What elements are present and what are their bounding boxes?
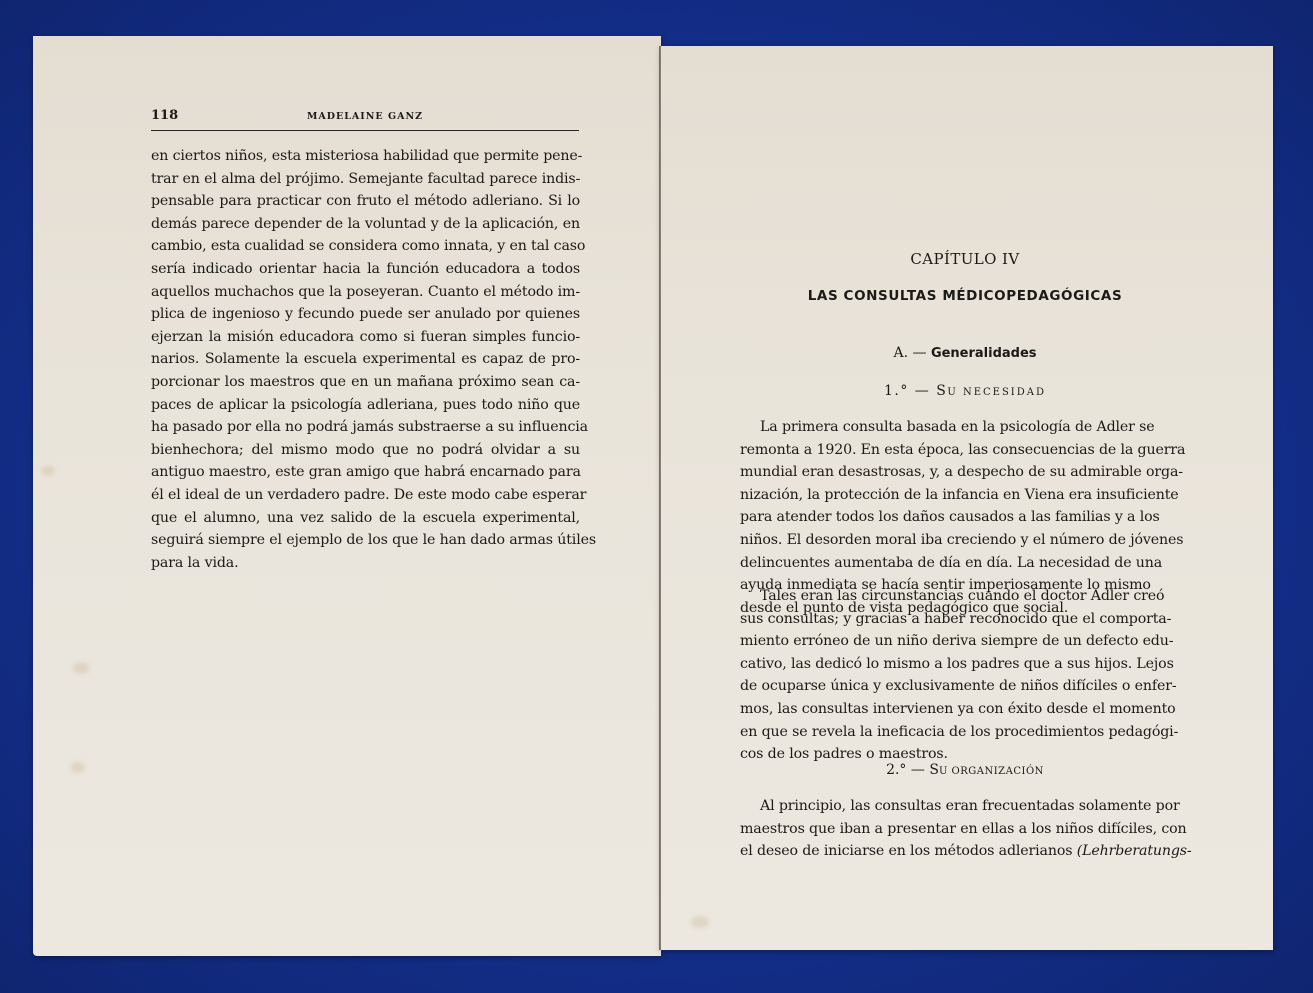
chapter-subtitle: LAS CONSULTAS MÉDICOPEDAGÓGICAS: [730, 288, 1200, 304]
section-a-prefix: A. —: [893, 345, 930, 361]
text-line: cambio, esta cualidad se considera como …: [151, 235, 580, 258]
text-line: La primera consulta basada en la psicolo…: [740, 416, 1148, 439]
book-gutter: [659, 46, 661, 950]
text-line: que el alumno, una vez salido de la escu…: [151, 507, 580, 530]
text-line: ha pasado por ella no podrá jamás substr…: [151, 416, 580, 439]
text-line: para la vida.: [151, 552, 580, 575]
paper-stain: [691, 916, 709, 928]
chapter-title: CAPÍTULO IV: [730, 250, 1200, 268]
text-line: paces de aplicar la psicología adleriana…: [151, 394, 580, 417]
text-fragment: el deseo de iniciarse en los métodos adl…: [740, 843, 1077, 859]
paper-stain: [41, 466, 55, 476]
subsection-1-prefix: 1.° — S: [884, 383, 947, 399]
paragraph-3: Al principio, las consultas eran frecuen…: [740, 795, 1148, 863]
text-line: en que se revela la ineficacia de los pr…: [740, 721, 1148, 744]
paragraph-2: Tales eran las circunstancias cuando el …: [740, 585, 1148, 766]
left-page-body: en ciertos niños, esta misteriosa habili…: [151, 145, 580, 574]
text-line: narios. Solamente la escuela experimenta…: [151, 348, 580, 371]
text-line: mundial eran desastrosas, y, a despecho …: [740, 461, 1148, 484]
text-line: remonta a 1920. En esta época, las conse…: [740, 439, 1148, 462]
subsection-2-label: u organización: [939, 766, 1044, 777]
text-line: trar en el alma del prójimo. Semejante f…: [151, 168, 580, 191]
text-line: el deseo de iniciarse en los métodos adl…: [740, 840, 1148, 863]
text-line: Tales eran las circunstancias cuando el …: [740, 585, 1148, 608]
text-line: aquellos muchachos que la poseyeran. Cua…: [151, 281, 580, 304]
paper-stain: [71, 762, 85, 773]
text-line: sería indicado orientar hacia la función…: [151, 258, 580, 281]
text-line: demás parece depender de la voluntad y d…: [151, 213, 580, 236]
paper-stain: [73, 662, 89, 674]
text-line: en ciertos niños, esta misteriosa habili…: [151, 145, 580, 168]
text-line: él el ideal de un verdadero padre. De es…: [151, 484, 580, 507]
text-line: Al principio, las consultas eran frecuen…: [740, 795, 1148, 818]
text-line: plica de ingenioso y fecundo puede ser a…: [151, 303, 580, 326]
text-line: bienhechora; del mismo modo que no podrá…: [151, 439, 580, 462]
running-head: 118 MADELAINE GANZ: [151, 108, 579, 131]
subsection-2-prefix: 2.° — S: [886, 762, 939, 778]
text-line: miento erróneo de un niño deriva siempre…: [740, 630, 1148, 653]
section-a-label: Generalidades: [931, 346, 1037, 361]
text-line: para atender todos los daños causados a …: [740, 506, 1148, 529]
text-line: pensable para practicar con fruto el mét…: [151, 190, 580, 213]
text-line: nización, la protección de la infancia e…: [740, 484, 1148, 507]
text-line: maestros que iban a presentar en ellas a…: [740, 818, 1148, 841]
text-line: sus consultas; y gracias a haber reconoc…: [740, 608, 1148, 631]
italic-term: (Lehrberatungs-: [1077, 843, 1192, 859]
text-line: cativo, las dedicó lo mismo a los padres…: [740, 653, 1148, 676]
subsection-heading-1: 1.° — Su necesidad: [730, 383, 1200, 399]
text-line: niños. El desorden moral iba creciendo y…: [740, 529, 1148, 552]
text-line: de ocuparse única y exclusivamente de ni…: [740, 675, 1148, 698]
text-line: mos, las consultas intervienen ya con éx…: [740, 698, 1148, 721]
text-line: seguirá siempre el ejemplo de los que le…: [151, 529, 580, 552]
text-line: porcionar los maestros que en un mañana …: [151, 371, 580, 394]
text-line: ejerzan la misión educadora como si fuer…: [151, 326, 580, 349]
text-line: antiguo maestro, este gran amigo que hab…: [151, 461, 580, 484]
text-line: delincuentes aumentaba de día en día. La…: [740, 552, 1148, 575]
section-heading-a: A. — Generalidades: [730, 345, 1200, 361]
running-head-author: MADELAINE GANZ: [151, 111, 579, 122]
subsection-heading-2: 2.° — Su organización: [730, 762, 1200, 778]
subsection-1-label: u necesidad: [947, 387, 1046, 398]
